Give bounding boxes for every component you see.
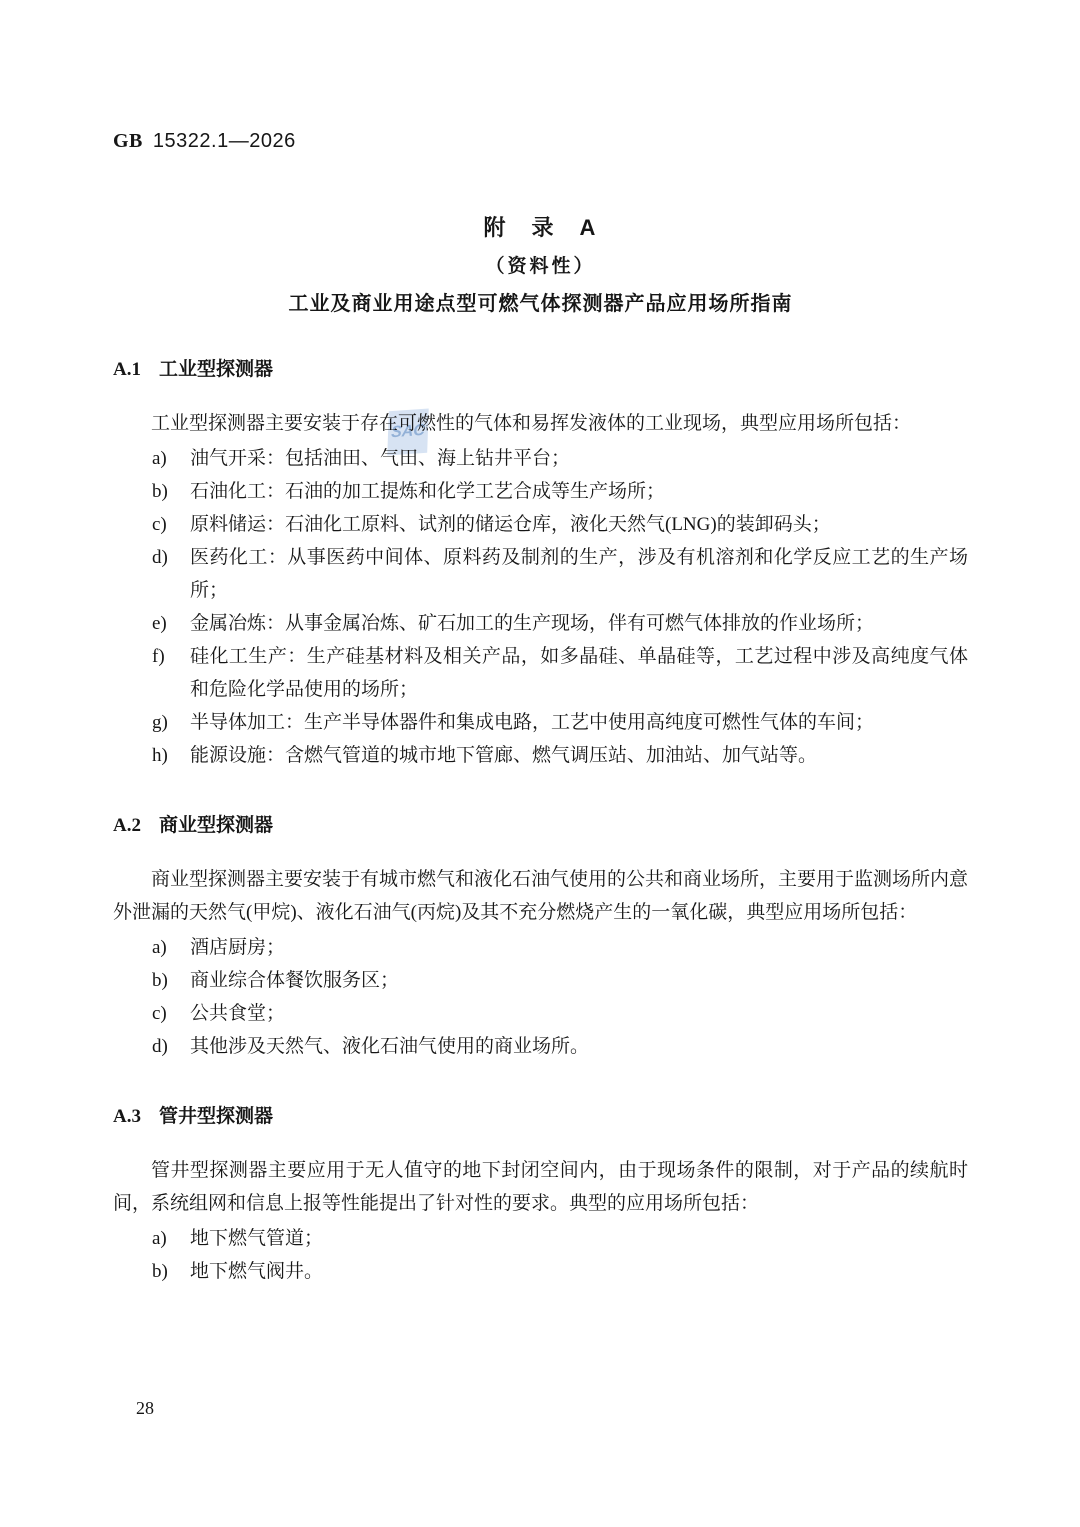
list-item-text: 石油化工：石油的加工提炼和化学工艺合成等生产场所；: [190, 475, 968, 508]
appendix-title: 工业及商业用途点型可燃气体探测器产品应用场所指南: [113, 287, 968, 316]
list-item-label: f): [152, 640, 190, 706]
standard-code: GB: [113, 130, 143, 152]
list-item-label: a): [152, 442, 190, 475]
list-item-label: b): [152, 964, 190, 997]
document-page: SAC GB15322.1—2026 附 录 A （资料性） 工业及商业用途点型…: [0, 0, 1080, 1527]
appendix-title-block: 附 录 A （资料性） 工业及商业用途点型可燃气体探测器产品应用场所指南: [113, 211, 968, 316]
section-a2: A.2商业型探测器 商业型探测器主要安装于有城市燃气和液化石油气使用的公共和商业…: [113, 810, 968, 1063]
section-a1-title: 工业型探测器: [159, 359, 273, 380]
list-item-label: d): [152, 541, 190, 607]
section-a2-intro: 商业型探测器主要安装于有城市燃气和液化石油气使用的公共和商业场所，主要用于监测场…: [113, 863, 968, 929]
list-item-text: 油气开采：包括油田、气田、海上钻井平台；: [190, 442, 968, 475]
list-item: h) 能源设施：含燃气管道的城市地下管廊、燃气调压站、加油站、加气站等。: [113, 739, 968, 772]
section-a3-intro: 管井型探测器主要应用于无人值守的地下封闭空间内，由于现场条件的限制，对于产品的续…: [113, 1154, 968, 1220]
list-item-text: 商业综合体餐饮服务区；: [190, 964, 968, 997]
list-item-label: c): [152, 997, 190, 1030]
appendix-informative-tag: （资料性）: [113, 251, 968, 278]
list-item-label: d): [152, 1030, 190, 1063]
standard-number-header: GB15322.1—2026: [113, 130, 968, 153]
section-a1-heading: A.1工业型探测器: [113, 354, 968, 381]
list-item-text: 其他涉及天然气、液化石油气使用的商业场所。: [190, 1030, 968, 1063]
standard-edition-number: 15322.1—2026: [153, 130, 296, 152]
list-item: c) 原料储运：石油化工原料、试剂的储运仓库，液化天然气(LNG)的装卸码头；: [113, 508, 968, 541]
section-a1-number: A.1: [113, 359, 141, 380]
page-number: 28: [136, 1398, 154, 1419]
list-item-text: 公共食堂；: [190, 997, 968, 1030]
list-item-text: 能源设施：含燃气管道的城市地下管廊、燃气调压站、加油站、加气站等。: [190, 739, 968, 772]
list-item-label: h): [152, 739, 190, 772]
list-item: e) 金属冶炼：从事金属冶炼、矿石加工的生产现场，伴有可燃气体排放的作业场所；: [113, 607, 968, 640]
section-a1-list: a) 油气开采：包括油田、气田、海上钻井平台； b) 石油化工：石油的加工提炼和…: [113, 442, 968, 772]
section-a1: A.1工业型探测器 工业型探测器主要安装于存在可燃性的气体和易挥发液体的工业现场…: [113, 354, 968, 772]
list-item-label: c): [152, 508, 190, 541]
list-item-text: 地下燃气阀井。: [190, 1255, 968, 1288]
section-a3: A.3管井型探测器 管井型探测器主要应用于无人值守的地下封闭空间内，由于现场条件…: [113, 1101, 968, 1288]
list-item: d) 其他涉及天然气、液化石油气使用的商业场所。: [113, 1030, 968, 1063]
section-a1-intro: 工业型探测器主要安装于存在可燃性的气体和易挥发液体的工业现场，典型应用场所包括：: [113, 407, 968, 440]
list-item: d) 医药化工：从事医药中间体、原料药及制剂的生产，涉及有机溶剂和化学反应工艺的…: [113, 541, 968, 607]
list-item: b) 石油化工：石油的加工提炼和化学工艺合成等生产场所；: [113, 475, 968, 508]
list-item-text: 酒店厨房；: [190, 931, 968, 964]
list-item-label: a): [152, 1222, 190, 1255]
section-a3-list: a) 地下燃气管道； b) 地下燃气阀井。: [113, 1222, 968, 1288]
section-a3-title: 管井型探测器: [159, 1106, 273, 1127]
list-item-text: 硅化工生产：生产硅基材料及相关产品，如多晶硅、单晶硅等，工艺过程中涉及高纯度气体…: [190, 640, 968, 706]
list-item: c) 公共食堂；: [113, 997, 968, 1030]
list-item-text: 半导体加工：生产半导体器件和集成电路，工艺中使用高纯度可燃性气体的车间；: [190, 706, 968, 739]
list-item-text: 金属冶炼：从事金属冶炼、矿石加工的生产现场，伴有可燃气体排放的作业场所；: [190, 607, 968, 640]
list-item: f) 硅化工生产：生产硅基材料及相关产品，如多晶硅、单晶硅等，工艺过程中涉及高纯…: [113, 640, 968, 706]
section-a2-title: 商业型探测器: [159, 815, 273, 836]
section-a3-number: A.3: [113, 1106, 141, 1127]
list-item-label: g): [152, 706, 190, 739]
list-item-label: b): [152, 1255, 190, 1288]
section-a2-number: A.2: [113, 815, 141, 836]
list-item: b) 地下燃气阀井。: [113, 1255, 968, 1288]
list-item: b) 商业综合体餐饮服务区；: [113, 964, 968, 997]
list-item-text: 地下燃气管道；: [190, 1222, 968, 1255]
page-content: GB15322.1—2026 附 录 A （资料性） 工业及商业用途点型可燃气体…: [0, 0, 1080, 1288]
section-a3-heading: A.3管井型探测器: [113, 1101, 968, 1128]
list-item-text: 医药化工：从事医药中间体、原料药及制剂的生产，涉及有机溶剂和化学反应工艺的生产场…: [190, 541, 968, 607]
list-item: a) 酒店厨房；: [113, 931, 968, 964]
list-item-label: a): [152, 931, 190, 964]
list-item: a) 地下燃气管道；: [113, 1222, 968, 1255]
list-item-label: b): [152, 475, 190, 508]
list-item: g) 半导体加工：生产半导体器件和集成电路，工艺中使用高纯度可燃性气体的车间；: [113, 706, 968, 739]
list-item: a) 油气开采：包括油田、气田、海上钻井平台；: [113, 442, 968, 475]
list-item-text: 原料储运：石油化工原料、试剂的储运仓库，液化天然气(LNG)的装卸码头；: [190, 508, 968, 541]
list-item-label: e): [152, 607, 190, 640]
appendix-label: 附 录 A: [113, 211, 968, 242]
section-a2-heading: A.2商业型探测器: [113, 810, 968, 837]
section-a2-list: a) 酒店厨房； b) 商业综合体餐饮服务区； c) 公共食堂； d) 其他涉及…: [113, 931, 968, 1063]
